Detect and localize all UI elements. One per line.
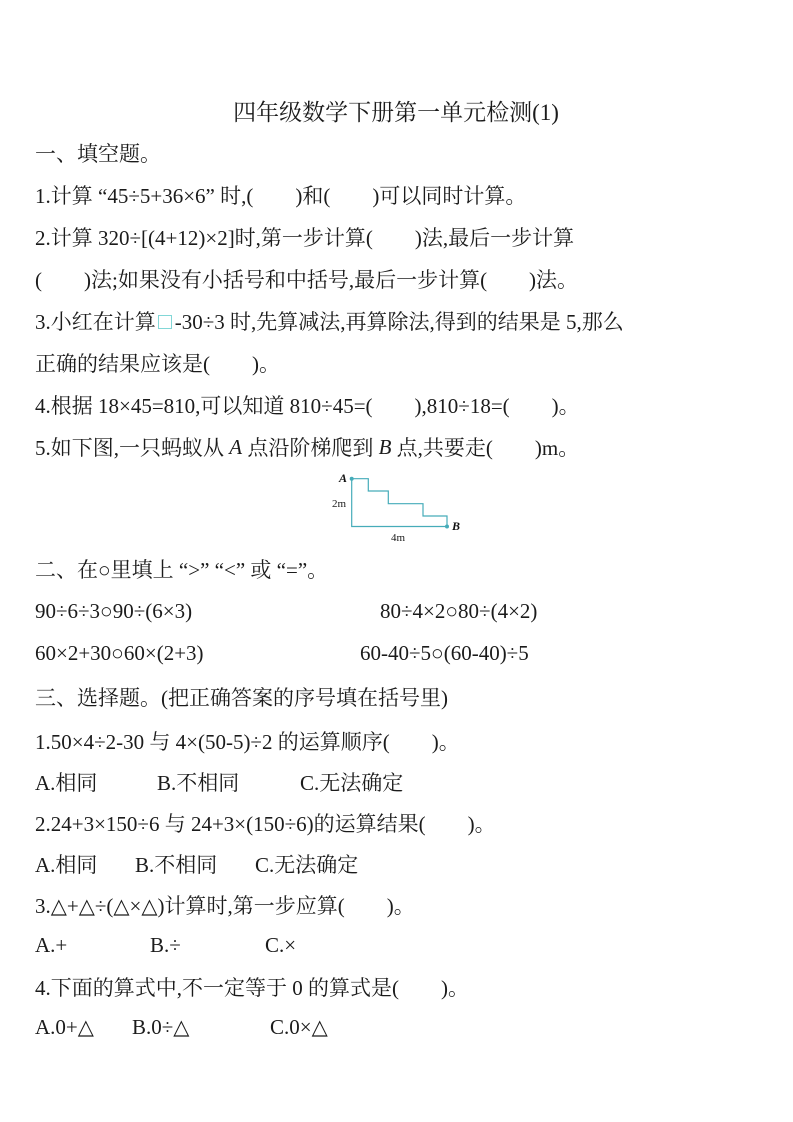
choice-question-2-options: A.相同 B.不相同 C.无法确定 (35, 843, 757, 884)
compare-expr-2-right: 60-40÷5○(60-40)÷5 (360, 641, 529, 666)
compare-row-2: 60×2+30○60×(2+3) 60-40÷5○(60-40)÷5 (35, 632, 757, 674)
staircase-figure: A B 2m 4m (35, 468, 757, 548)
diagram-label-a: A (338, 471, 347, 485)
choice-option: B.不相同 (157, 767, 300, 797)
question-3-text-pre: 3.小红在计算 (35, 306, 156, 336)
choice-option: B.0÷△ (132, 1015, 270, 1040)
choice-question-4-options: A.0+△ B.0÷△ C.0×△ (35, 1007, 757, 1048)
choice-option: A.+ (35, 933, 150, 958)
staircase-steps-path (352, 479, 447, 527)
choice-question-4: 4.下面的算式中,不一定等于 0 的算式是( )。 (35, 966, 757, 1007)
point-b-dot (445, 525, 449, 529)
blank-square-icon (158, 315, 172, 329)
fill-question-5: 5.如下图,一只蚂蚁从 A 点沿阶梯爬到 B 点,共要走( )m。 (35, 426, 757, 468)
fill-question-2-line2: ( )法;如果没有小括号和中括号,最后一步计算( )法。 (35, 258, 757, 300)
question-5-text-pre: 5.如下图,一只蚂蚁从 (35, 432, 229, 462)
compare-row-1: 90÷6÷3○90÷(6×3) 80÷4×2○80÷(4×2) (35, 590, 757, 632)
choice-option: A.相同 (35, 767, 157, 797)
question-5-text-post: 点,共要走( )m。 (391, 432, 579, 462)
fill-question-2-line1: 2.计算 320÷[(4+12)×2]时,第一步计算( )法,最后一步计算 (35, 216, 757, 258)
choice-question-2: 2.24+3×150÷6 与 24+3×(150÷6)的运算结果( )。 (35, 802, 757, 843)
choice-question-1: 1.50×4÷2-30 与 4×(50-5)÷2 的运算顺序( )。 (35, 720, 757, 761)
diagram-label-height: 2m (332, 498, 347, 510)
fill-question-1: 1.计算 “45÷5+36×6” 时,( )和( )可以同时计算。 (35, 174, 757, 216)
choice-option: B.÷ (150, 933, 265, 958)
diagram-label-width: 4m (391, 532, 406, 544)
question-3-text-post: -30÷3 时,先算减法,再算除法,得到的结果是 5,那么 (175, 306, 624, 336)
section1-heading: 一、填空题。 (35, 132, 757, 174)
page-title: 四年级数学下册第一单元检测(1) (35, 88, 757, 132)
section2-heading: 二、在○里填上 “>” “<” 或 “=”。 (35, 548, 757, 590)
compare-expr-1-left: 90÷6÷3○90÷(6×3) (35, 599, 380, 624)
choice-option: A.0+△ (35, 1015, 132, 1040)
point-a-dot (350, 477, 354, 481)
fill-question-3-line1: 3.小红在计算 -30÷3 时,先算减法,再算除法,得到的结果是 5,那么 (35, 300, 757, 342)
staircase-diagram: A B 2m 4m (330, 468, 470, 546)
choice-option: C.无法确定 (255, 849, 358, 879)
choice-option: B.不相同 (135, 849, 255, 879)
choice-question-3-options: A.+ B.÷ C.× (35, 925, 757, 966)
choice-option: C.无法确定 (300, 767, 403, 797)
diagram-label-b: B (451, 519, 460, 533)
point-b-ref: B (379, 435, 392, 460)
worksheet-page: 四年级数学下册第一单元检测(1) 一、填空题。 1.计算 “45÷5+36×6”… (0, 0, 793, 1122)
compare-expr-1-right: 80÷4×2○80÷(4×2) (380, 599, 537, 624)
section3-heading: 三、选择题。(把正确答案的序号填在括号里) (35, 674, 757, 720)
staircase-outline-left-bottom (352, 479, 447, 527)
choice-question-1-options: A.相同 B.不相同 C.无法确定 (35, 761, 757, 802)
choice-option: C.0×△ (270, 1015, 328, 1040)
choice-option: A.相同 (35, 849, 135, 879)
question-5-text-mid: 点沿阶梯爬到 (242, 432, 379, 462)
point-a-ref: A (229, 435, 242, 460)
compare-expr-2-left: 60×2+30○60×(2+3) (35, 641, 360, 666)
choice-option: C.× (265, 933, 296, 958)
choice-question-3: 3.△+△÷(△×△)计算时,第一步应算( )。 (35, 884, 757, 925)
fill-question-4: 4.根据 18×45=810,可以知道 810÷45=( ),810÷18=( … (35, 384, 757, 426)
fill-question-3-line2: 正确的结果应该是( )。 (35, 342, 757, 384)
